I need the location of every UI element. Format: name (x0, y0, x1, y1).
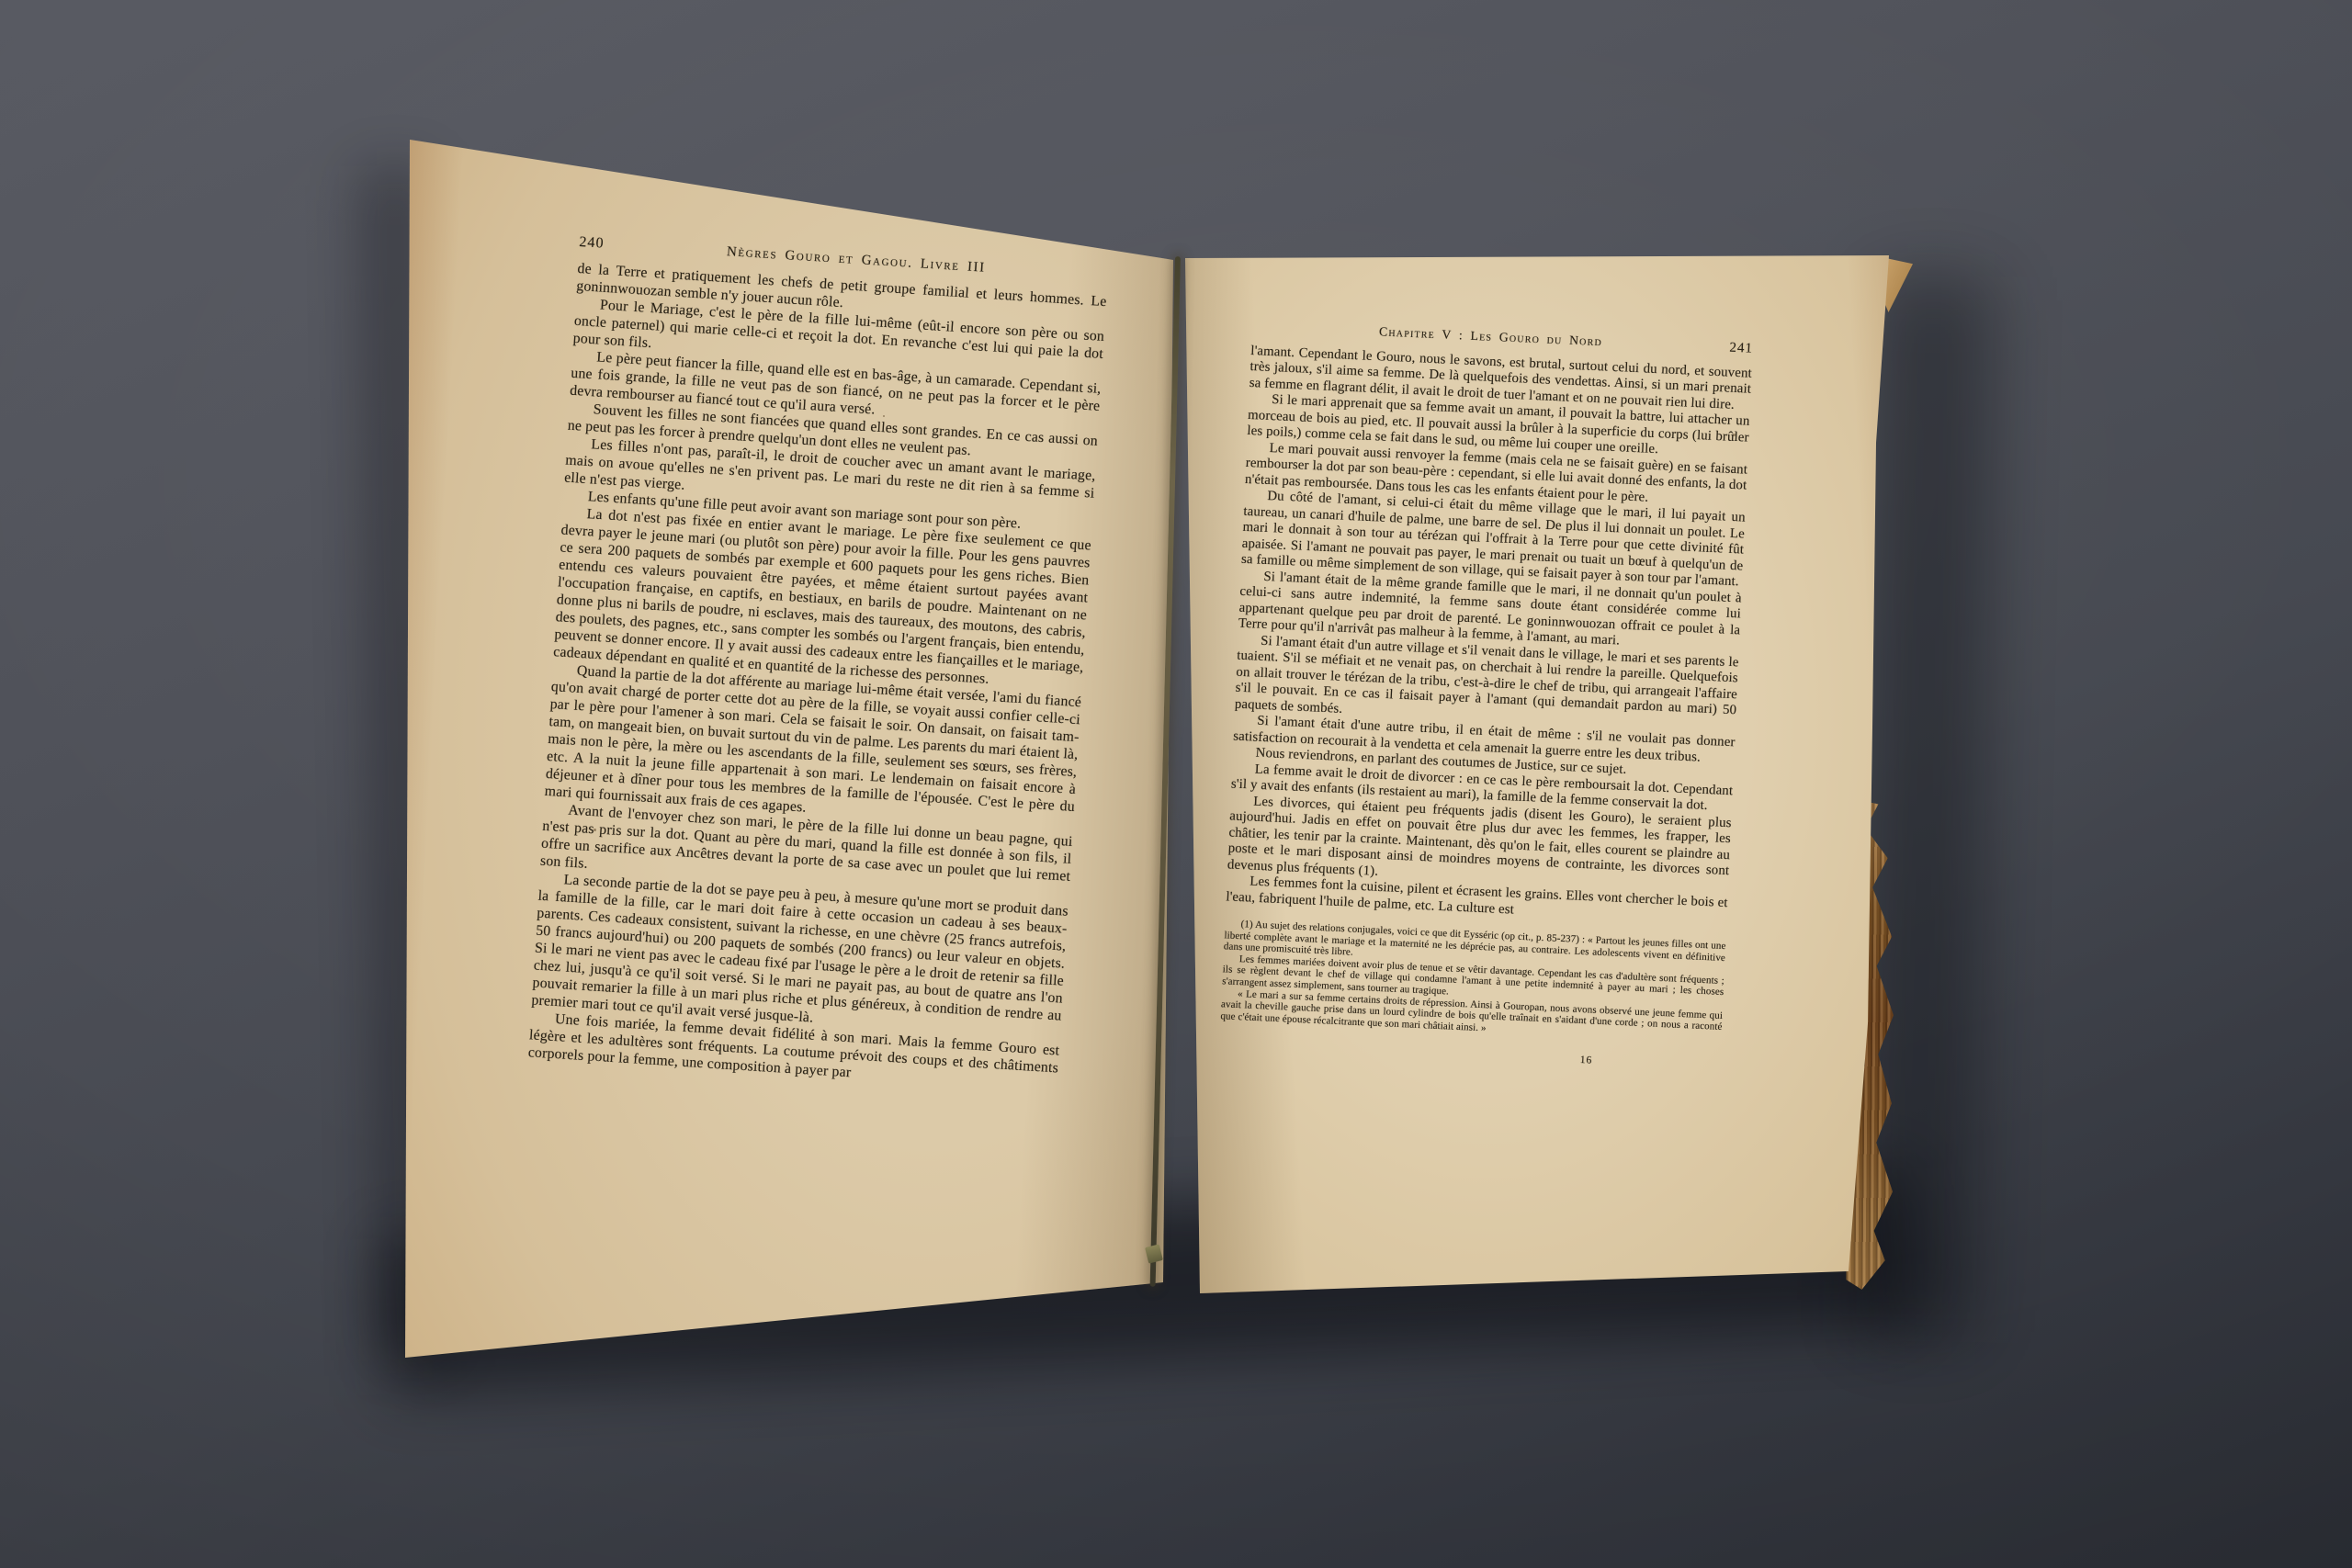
left-page-content: 240 Nègres Gouro et Gagou. Livre III de … (527, 233, 1109, 1094)
left-page: 240 Nègres Gouro et Gagou. Livre III de … (405, 140, 1179, 1361)
right-page-number: 241 (1729, 341, 1753, 358)
left-body-text: de la Terre et pratiquement les chefs de… (527, 260, 1107, 1095)
footnotes-block: (1) Au sujet des relations conjugales, v… (1220, 918, 1726, 1044)
right-body-text: l'amant. Cependant le Gouro, nous le sav… (1226, 343, 1752, 928)
left-page-number: 240 (579, 233, 605, 253)
book-photo-scene: 240 Nègres Gouro et Gagou. Livre III de … (0, 0, 2352, 1568)
right-page: Chapitre V : Les Gouro du Nord 241 l'ama… (1182, 250, 1909, 1299)
signature-mark: 16 (1579, 1053, 1721, 1075)
right-page-content: Chapitre V : Les Gouro du Nord 241 l'ama… (1219, 318, 1754, 1076)
